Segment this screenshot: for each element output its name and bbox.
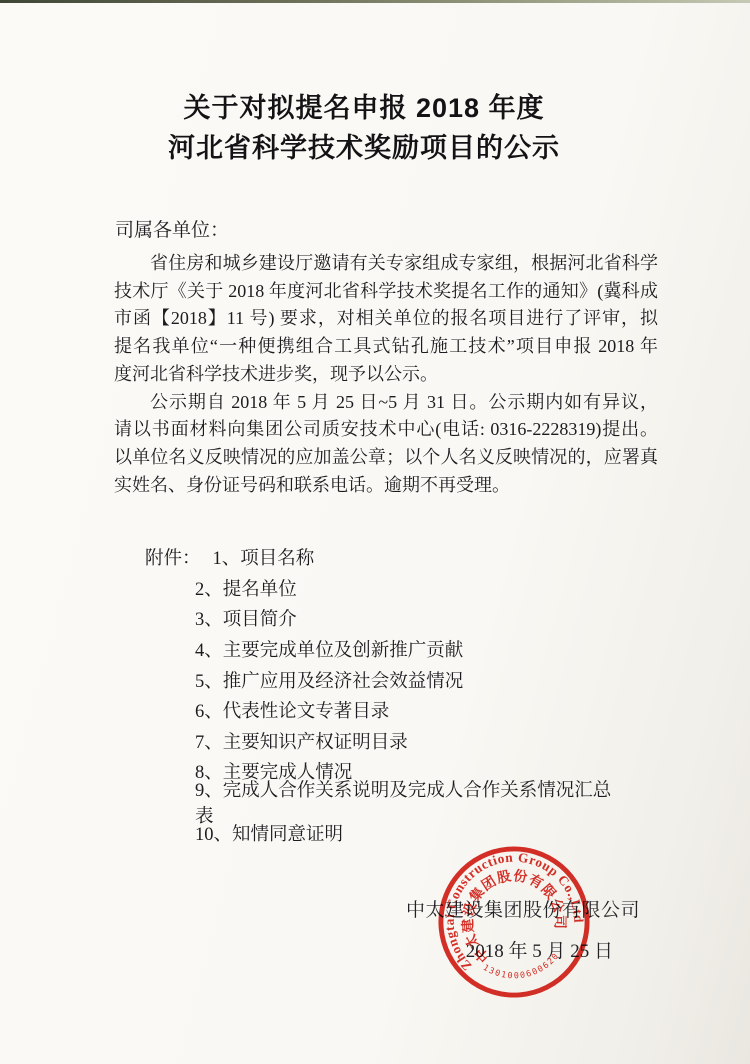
body-line: 技术厅《关于 2018 年度河北省科学技术奖提名工作的通知》(冀科成 — [114, 278, 658, 306]
attachment-row: 3、项目简介 — [145, 603, 625, 634]
attachment-item: 3、项目简介 — [195, 605, 297, 631]
body-line: 请以书面材料向集团公司质安技术中心(电话: 0316-2228319)提出。 — [114, 416, 658, 444]
attachment-row: 2、提名单位 — [145, 573, 625, 604]
attachments-list: 附件： 1、项目名称 2、提名单位 3、项目简介 4、主要完成单位及创新推广贡献… — [145, 542, 625, 848]
salutation: 司属各单位： — [115, 215, 229, 242]
attachment-item: 7、主要知识产权证明目录 — [195, 728, 408, 754]
body-line: 提名我单位“一种便携组合工具式钻孔施工技术”项目申报 2018 年 — [114, 333, 658, 361]
seal-ring-text: Zhongtai Construction Group Co.,Ltd — [436, 844, 590, 976]
attachment-row: 5、推广应用及经济社会效益情况 — [145, 664, 625, 695]
attachment-row: 6、代表性论文专著目录 — [145, 695, 625, 726]
scan-top-edge-shadow — [0, 0, 750, 3]
attachment-row: 9、完成人合作关系说明及完成人合作关系情况汇总表 — [145, 787, 625, 818]
attachment-item: 4、主要完成单位及创新推广贡献 — [195, 636, 463, 662]
body-line: 以单位名义反映情况的应加盖公章；以个人名义反映情况的，应署真 — [114, 444, 658, 472]
attachment-row: 7、主要知识产权证明目录 — [145, 726, 625, 757]
body-line: 度河北省科学技术进步奖，现予以公示。 — [114, 361, 658, 389]
document-title: 关于对拟提名申报 2018 年度 河北省科学技术奖励项目的公示 — [0, 88, 728, 168]
attachment-item: 2、提名单位 — [195, 575, 297, 601]
document-title-line1: 关于对拟提名申报 2018 年度 — [0, 88, 728, 128]
attachment-row: 附件： 1、项目名称 — [145, 542, 625, 573]
attachment-item: 5、推广应用及经济社会效益情况 — [195, 667, 463, 693]
attachment-item: 10、知情同意证明 — [195, 820, 343, 846]
attachments-label: 附件： — [145, 544, 201, 570]
attachment-item: 1、项目名称 — [213, 544, 315, 570]
body-line: 省住房和城乡建设厅邀请有关专家组成专家组，根据河北省科学 — [114, 250, 658, 278]
body-line: 实姓名、身份证号码和联系电话。逾期不再受理。 — [114, 472, 658, 500]
attachment-item: 6、代表性论文专著目录 — [195, 697, 389, 723]
body-line: 市函【2018】11 号) 要求，对相关单位的报名项目进行了评审，拟 — [114, 305, 658, 333]
scanned-notice-document: 关于对拟提名申报 2018 年度 河北省科学技术奖励项目的公示 司属各单位： 省… — [0, 0, 750, 1064]
body-text: 省住房和城乡建设厅邀请有关专家组成专家组，根据河北省科学 技术厅《关于 2018… — [114, 250, 658, 499]
document-title-line2: 河北省科学技术奖励项目的公示 — [0, 128, 728, 168]
attachment-row: 4、主要完成单位及创新推广贡献 — [145, 634, 625, 665]
company-seal-stamp: Zhongtai Construction Group Co.,Ltd 中太建设… — [428, 836, 599, 1007]
seal-serial-number: 1301000600620 — [480, 949, 563, 983]
body-line: 公示期自 2018 年 5 月 25 日~5 月 31 日。公示期内如有异议， — [114, 389, 658, 417]
